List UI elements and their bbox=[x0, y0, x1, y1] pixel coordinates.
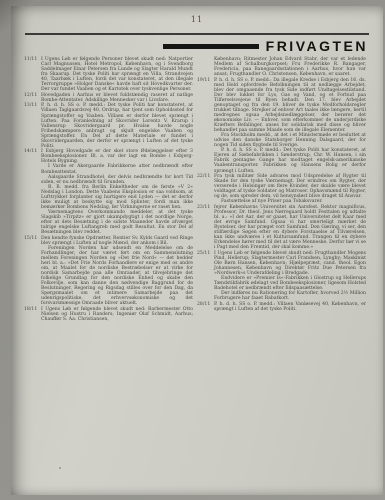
diary-entry: 11/11 I Ugens Løb er følgende Personer b… bbox=[41, 57, 193, 92]
entry-date: 18/11 bbox=[24, 307, 40, 312]
entry-text: I Ugens Løb er følgende Personer blevet … bbox=[41, 57, 193, 92]
entry-text: Den kendte fynske Opdrætter, Rentier Sv.… bbox=[41, 236, 193, 307]
entry-text: I Esbjerg Hovedgade er der sket store Ød… bbox=[41, 149, 193, 235]
header-rule bbox=[25, 33, 369, 35]
entry-text: Fra tysk militær Side advares mod Udspre… bbox=[214, 174, 366, 204]
entry-date: 12/11 bbox=[24, 93, 40, 98]
entry-text: P. h. d. h. SS o. P. medd.: Da illegale … bbox=[214, 78, 366, 174]
entry-text: I Ugens Løb er følgende blevet skudt ned… bbox=[41, 307, 193, 322]
entry-date: 25/11 bbox=[197, 251, 213, 256]
diary-entry: 15/11 Den kendte fynske Opdrætter, Renti… bbox=[41, 236, 193, 307]
diary-entry: København; Ritmester Johan Edvard Stahr,… bbox=[214, 57, 366, 77]
scanned-page-background: 11 FRIVAGTEN 11/11 I Ugens Løb er følgen… bbox=[0, 0, 385, 500]
paper-speck bbox=[59, 467, 61, 469]
entry-date: 13/11 bbox=[24, 103, 40, 108]
page-number: 11 bbox=[11, 15, 383, 24]
entry-text: fejrer Københavns Universitet sin Aarsfe… bbox=[214, 205, 366, 250]
entry-date: 14/11 bbox=[24, 149, 40, 154]
entry-text: P. h. d. h. SS o. P. medd.: Villaen Vanl… bbox=[214, 302, 366, 312]
diary-entry: 28/11 P. h. d. h. SS o. P. medd.: Villae… bbox=[214, 302, 366, 312]
entry-date: 22/11 bbox=[197, 174, 213, 179]
entry-text: I Ugens Løb er følgende blevet skudt ned… bbox=[214, 251, 366, 301]
diary-entry: 12/11 Hovedgaden i Aarhus er blevet fuld… bbox=[41, 93, 193, 103]
diary-entry: 13/11 P. h. d. h. SS o. P. medd.: Det ty… bbox=[41, 103, 193, 148]
diary-entry: 23/11 fejrer Københavns Universitet sin … bbox=[214, 205, 366, 250]
entry-date: 19/11 bbox=[197, 78, 213, 83]
entry-text: Hovedgaden i Aarhus er blevet fuldstændi… bbox=[41, 93, 193, 103]
entry-text: København; Ritmester Johan Edvard Stahr,… bbox=[214, 57, 366, 77]
document-page: 11 FRIVAGTEN 11/11 I Ugens Løb er følgen… bbox=[11, 6, 383, 495]
entry-text: P. h. d. h. SS o. P. medd.: Det tyske Po… bbox=[41, 103, 193, 148]
masthead: FRIVAGTEN bbox=[163, 38, 368, 54]
diary-entry: 18/11 I Ugens Løb er følgende blevet sku… bbox=[41, 307, 193, 322]
masthead-bar bbox=[163, 44, 259, 49]
diary-entry: 19/11 P. h. d. h. SS o. P. medd.: Da ill… bbox=[214, 78, 366, 174]
diary-entry: 14/11 I Esbjerg Hovedgade er der sket st… bbox=[41, 149, 193, 235]
text-columns: 11/11 I Ugens Løb er følgende Personer b… bbox=[41, 57, 366, 322]
entry-date: 23/11 bbox=[197, 205, 213, 210]
entry-date: 15/11 bbox=[24, 236, 40, 241]
diary-entry: 25/11 I Ugens Løb er følgende blevet sku… bbox=[214, 251, 366, 301]
right-column: København; Ritmester Johan Edvard Stahr,… bbox=[214, 57, 366, 322]
masthead-title: FRIVAGTEN bbox=[266, 38, 368, 54]
diary-entry: 22/11 Fra tysk militær Side advares mod … bbox=[214, 174, 366, 204]
entry-date: 11/11 bbox=[24, 57, 40, 62]
left-column: 11/11 I Ugens Løb er følgende Personer b… bbox=[41, 57, 193, 322]
entry-date: 28/11 bbox=[197, 302, 213, 307]
